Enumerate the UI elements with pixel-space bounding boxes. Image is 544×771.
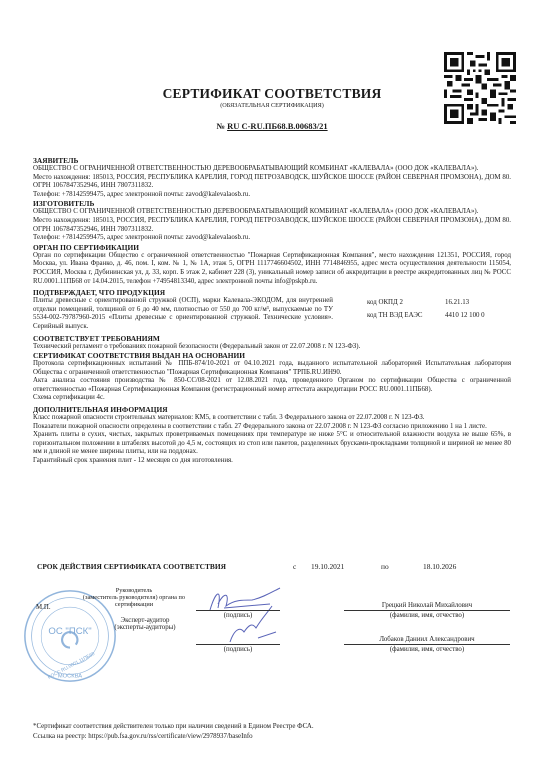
validity-to-label: по xyxy=(381,562,423,571)
additional-heading: ДОПОЛНИТЕЛЬНАЯ ИНФОРМАЦИЯ xyxy=(33,405,511,414)
code-label: код ОКПД 2 xyxy=(367,299,445,312)
head-role-line1: Руководитель xyxy=(79,587,189,594)
code-value: 4410 12 100 0 xyxy=(445,312,485,325)
product-section: Плиты древесные с ориентированной стружк… xyxy=(33,297,511,331)
certification-body-heading: ОРГАН ПО СЕРТИФИКАЦИИ xyxy=(33,243,511,252)
product-description: Плиты древесные с ориентированной стружк… xyxy=(33,297,333,331)
expert-role-line1: Эксперт-аудитор xyxy=(100,617,190,624)
validity-to-date: 18.10.2026 xyxy=(423,562,456,571)
certification-body-text: Орган по сертификации Общество с огранич… xyxy=(33,252,511,286)
basis-heading: СЕРТИФИКАТ СООТВЕТСТВИЯ ВЫДАН НА ОСНОВАН… xyxy=(33,351,511,360)
expert-signature-caption: (подпись) xyxy=(196,646,280,653)
manufacturer-name: ОБЩЕСТВО С ОГРАНИЧЕННОЙ ОТВЕТСТВЕННОСТЬЮ… xyxy=(33,208,511,217)
number-value: RU C-RU.ПБ68.B.00683/21 xyxy=(227,121,328,131)
basis-act: Акта анализа состояния производства № 85… xyxy=(33,377,511,394)
head-signature-line xyxy=(196,610,280,611)
expert-signature-line xyxy=(196,644,280,645)
code-row-tnved: код ТН ВЭД ЕАЭС 4410 12 100 0 xyxy=(367,312,485,325)
certificate-body: ЗАЯВИТЕЛЬ ОБЩЕСТВО С ОГРАНИЧЕННОЙ ОТВЕТС… xyxy=(33,156,511,466)
applicant-contacts: Телефон: +78142599475, адрес электронной… xyxy=(33,191,511,200)
requirements-text: Технический регламент о требованиях пожа… xyxy=(33,343,511,352)
expert-role: Эксперт-аудитор (эксперты-аудиторы) xyxy=(100,617,190,631)
validity-period: СРОК ДЕЙСТВИЯ СЕРТИФИКАТА СООТВЕТСТВИЯ с… xyxy=(37,562,507,571)
manufacturer-address: Место нахождения: 185013, РОССИЯ, РЕСПУБ… xyxy=(33,217,511,234)
number-sign: № xyxy=(216,121,225,131)
registry-link[interactable]: Ссылка на реестр: https://pub.fsa.gov.ru… xyxy=(33,732,314,742)
requirements-heading: СООТВЕТСТВУЕТ ТРЕБОВАНИЯМ xyxy=(33,334,511,343)
expert-name-caption: (фамилия, имя, отчество) xyxy=(344,646,510,653)
head-role-line2: (заместитель руководителя) органа по xyxy=(79,594,189,601)
applicant-name: ОБЩЕСТВО С ОГРАНИЧЕННОЙ ОТВЕТСТВЕННОСТЬЮ… xyxy=(33,165,511,174)
head-role-line3: сертификации xyxy=(79,601,189,608)
head-name: Грецкий Николай Михайлович xyxy=(344,602,510,609)
registry-note: *Сертификат соответствия действителен то… xyxy=(33,722,314,732)
stamp-text: ОС "ПСК" xyxy=(48,626,91,637)
footer: *Сертификат соответствия действителен то… xyxy=(33,722,314,741)
applicant-heading: ЗАЯВИТЕЛЬ xyxy=(33,156,511,165)
basis-protocol: Протокола сертификационных испытаний № П… xyxy=(33,360,511,377)
manufacturer-contacts: Телефон: +78142599475, адрес электронной… xyxy=(33,234,511,243)
code-value: 16.21.13 xyxy=(445,299,469,312)
code-label: код ТН ВЭД ЕАЭС xyxy=(367,312,445,325)
validity-from-date: 19.10.2021 xyxy=(311,562,381,571)
additional-warranty: Гарантийный срок хранения плит - 12 меся… xyxy=(33,457,511,466)
head-name-caption: (фамилия, имя, отчество) xyxy=(344,612,510,619)
expert-name: Лобаков Даниил Александрович xyxy=(344,636,510,643)
product-codes: код ОКПД 2 16.21.13 код ТН ВЭД ЕАЭС 4410… xyxy=(367,297,485,331)
applicant-address: Место нахождения: 185013, РОССИЯ, РЕСПУБ… xyxy=(33,174,511,191)
head-role: Руководитель (заместитель руководителя) … xyxy=(79,587,189,608)
expert-role-line2: (эксперты-аудиторы) xyxy=(100,624,190,631)
validity-from-label: с xyxy=(293,562,311,571)
mp-label: М.П. xyxy=(36,604,51,611)
head-name-line xyxy=(344,610,510,611)
basis-scheme: Схема сертификации 4с. xyxy=(33,394,511,403)
validity-label: СРОК ДЕЙСТВИЯ СЕРТИФИКАТА СООТВЕТСТВИЯ xyxy=(37,562,293,571)
product-heading: ПОДТВЕРЖДАЕТ, ЧТО ПРОДУКЦИЯ xyxy=(33,288,511,297)
head-signature-caption: (подпись) xyxy=(196,612,280,619)
additional-storage: Хранить плиты в сухих, чистых, закрытых … xyxy=(33,431,511,457)
qr-code-icon[interactable] xyxy=(444,52,516,124)
additional-fire-indicators: Показатели пожарной опасности определены… xyxy=(33,423,511,432)
additional-fire-class: Класс пожарной опасности строительных ма… xyxy=(33,414,511,423)
code-row-okpd: код ОКПД 2 16.21.13 xyxy=(367,299,485,312)
expert-name-line xyxy=(344,644,510,645)
